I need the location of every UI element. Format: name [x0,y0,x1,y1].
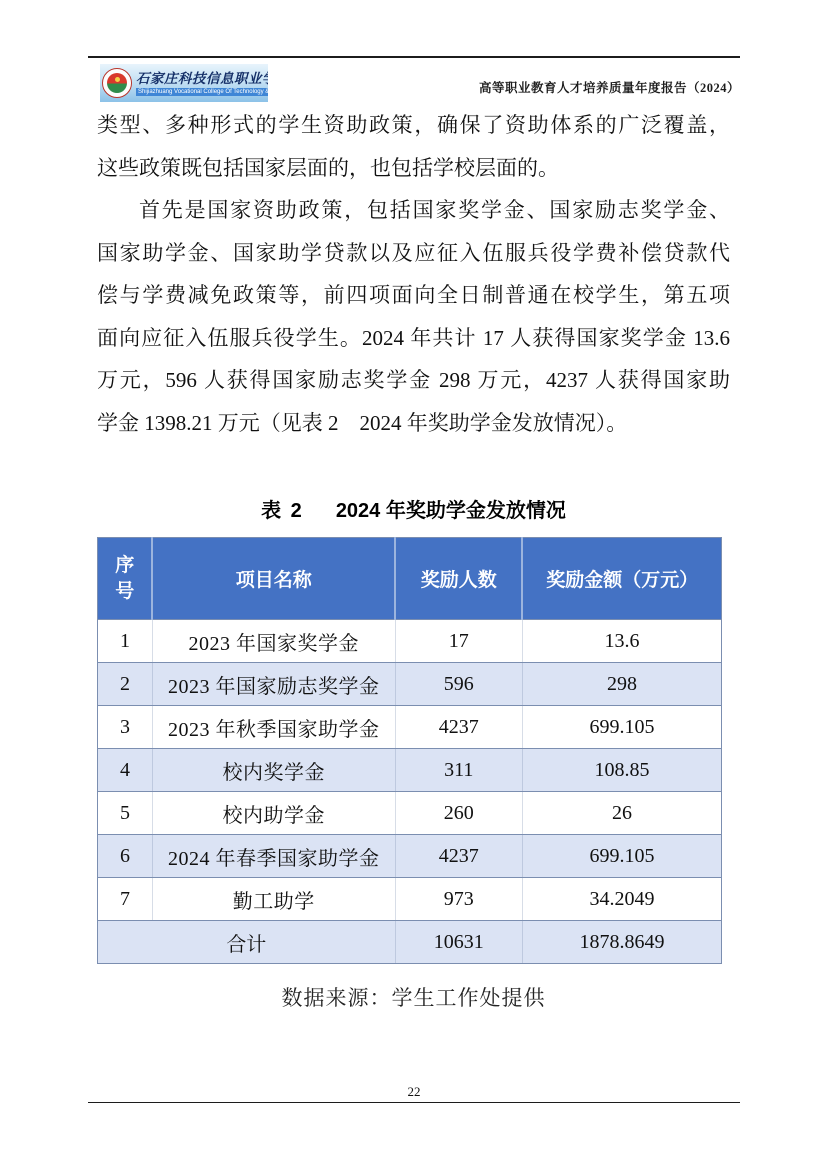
paragraph2-line: 国家助学金、国家助学贷款以及应征入伍服兵役学费补偿贷款代 [97,232,730,275]
cell-project: 勤工助学 [152,878,395,921]
cell-people: 973 [395,878,522,921]
col-header-index: 序号 [98,538,153,620]
cell-total-people: 10631 [395,921,522,964]
cell-project: 校内助学金 [152,792,395,835]
school-name-en: Shijiazhuang Vocational College Of Techn… [136,88,268,96]
col-header-people: 奖励人数 [395,538,522,620]
seal-core-icon [107,73,127,93]
cell-project: 2024 年春季国家助学金 [152,835,395,878]
school-logo: 石家庄科技信息职业学院 Shijiazhuang Vocational Coll… [100,64,268,102]
cell-amount: 298 [522,663,721,706]
cell-people: 260 [395,792,522,835]
cell-total-amount: 1878.8649 [522,921,721,964]
paragraph2-line: 偿与学费减免政策等，前四项面向全日制普通在校学生，第五项 [97,274,730,317]
paragraph2-line: 首先是国家资助政策，包括国家奖学金、国家励志奖学金、 [97,189,730,232]
table-caption-title: 2024 年奖助学金发放情况 [336,500,566,522]
cell-total-label: 合计 [98,921,396,964]
table-row: 4 校内奖学金 311 108.85 [98,749,722,792]
paragraph1-line: 类型、多种形式的学生资助政策，确保了资助体系的广泛覆盖， [97,104,730,147]
scholarship-table: 序号 项目名称 奖励人数 奖励金额（万元） 1 2023 年国家奖学金 17 1… [97,537,722,964]
cell-amount: 26 [522,792,721,835]
document-page: 石家庄科技信息职业学院 Shijiazhuang Vocational Coll… [0,0,827,1169]
paragraph2-line: 面向应征入伍服兵役学生。2024 年共计 17 人获得国家奖学金 13.6 [97,317,730,360]
cell-people: 4237 [395,706,522,749]
col-header-amount: 奖励金额（万元） [522,538,721,620]
footer-rule [88,1102,740,1103]
cell-index: 5 [98,792,153,835]
table-header-row: 序号 项目名称 奖励人数 奖励金额（万元） [98,538,722,620]
cell-project: 2023 年国家励志奖学金 [152,663,395,706]
cell-index: 1 [98,620,153,663]
table-row: 6 2024 年春季国家助学金 4237 699.105 [98,835,722,878]
col-header-project: 项目名称 [152,538,395,620]
table-row: 3 2023 年秋季国家助学金 4237 699.105 [98,706,722,749]
paragraph2-line: 万元，596 人获得国家励志奖学金 298 万元，4237 人获得国家助 [97,359,730,402]
cell-index: 3 [98,706,153,749]
cell-people: 311 [395,749,522,792]
table-caption: 表 22024 年奖助学金发放情况 [97,494,730,523]
cell-index: 2 [98,663,153,706]
school-name-zh: 石家庄科技信息职业学院 [136,71,268,86]
seal-dot-icon [115,77,120,82]
cell-amount: 13.6 [522,620,721,663]
report-title: 高等职业教育人才培养质量年度报告（2024） [320,78,740,96]
school-seal-icon [102,68,132,98]
cell-project: 2023 年秋季国家助学金 [152,706,395,749]
cell-index: 4 [98,749,153,792]
paragraph1-line: 这些政策既包括国家层面的，也包括学校层面的。 [97,147,730,190]
cell-index: 7 [98,878,153,921]
paragraph2-line: 学金 1398.21 万元（见表 2 2024 年奖助学金发放情况）。 [97,402,730,445]
cell-amount: 699.105 [522,835,721,878]
cell-people: 17 [395,620,522,663]
data-source-note: 数据来源：学生工作处提供 [97,982,730,1012]
page-number: 22 [88,1084,740,1100]
header-rule [88,56,740,58]
table-row: 5 校内助学金 260 26 [98,792,722,835]
cell-amount: 699.105 [522,706,721,749]
body-text: 类型、多种形式的学生资助政策，确保了资助体系的广泛覆盖， 这些政策既包括国家层面… [97,104,730,444]
table-caption-label: 表 2 [261,500,304,522]
cell-amount: 34.2049 [522,878,721,921]
cell-people: 4237 [395,835,522,878]
table-total-row: 合计 10631 1878.8649 [98,921,722,964]
cell-project: 2023 年国家奖学金 [152,620,395,663]
cell-project: 校内奖学金 [152,749,395,792]
table-row: 7 勤工助学 973 34.2049 [98,878,722,921]
cell-amount: 108.85 [522,749,721,792]
logo-text-block: 石家庄科技信息职业学院 Shijiazhuang Vocational Coll… [136,71,268,96]
cell-index: 6 [98,835,153,878]
table-row: 2 2023 年国家励志奖学金 596 298 [98,663,722,706]
cell-people: 596 [395,663,522,706]
table-row: 1 2023 年国家奖学金 17 13.6 [98,620,722,663]
